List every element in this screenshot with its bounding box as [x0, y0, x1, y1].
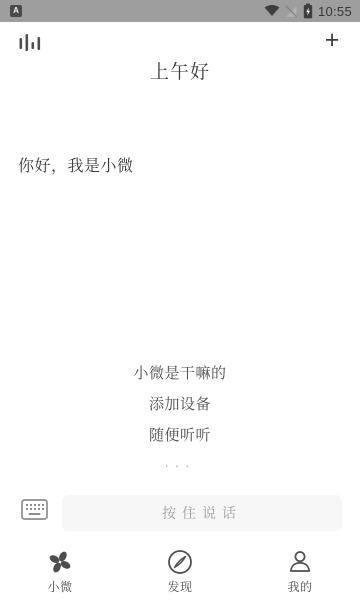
- suggestion-more[interactable]: ···: [165, 459, 196, 473]
- tab-mine[interactable]: 我的: [240, 544, 360, 600]
- suggestion-list: 小微是干嘛的 添加设备 随便听听 ···: [0, 364, 360, 473]
- add-button[interactable]: +: [318, 26, 346, 54]
- tab-discover[interactable]: 发现: [120, 544, 240, 600]
- tab-xiaowei[interactable]: 小微: [0, 544, 120, 600]
- battery-charging-icon: [303, 3, 313, 19]
- wifi-icon: [264, 5, 280, 17]
- app-notification-icon: A: [10, 5, 22, 17]
- hold-to-talk-button[interactable]: 按住说话: [62, 495, 342, 531]
- tab-bar: 小微 发现 我的: [0, 544, 360, 600]
- compass-icon: [166, 548, 194, 576]
- pinwheel-icon: [46, 548, 74, 576]
- suggestion-item[interactable]: 小微是干嘛的: [133, 364, 226, 383]
- status-time: 10:55: [318, 4, 352, 19]
- tab-label: 小微: [47, 578, 72, 595]
- status-bar: A 10:55: [0, 0, 360, 22]
- suggestion-item[interactable]: 随便听听: [149, 426, 211, 445]
- input-bar: 按住说话: [0, 495, 360, 531]
- no-sim-icon: [285, 5, 298, 18]
- audio-bars-icon[interactable]: [17, 31, 41, 55]
- person-icon: [286, 548, 314, 576]
- tab-label: 发现: [167, 578, 192, 595]
- keyboard-icon[interactable]: [21, 499, 48, 521]
- xiaowei-app-screen: A 10:55: [0, 0, 360, 600]
- suggestion-item[interactable]: 添加设备: [149, 395, 211, 414]
- assistant-message: 你好，我是小微: [18, 153, 134, 176]
- tab-label: 我的: [287, 578, 312, 595]
- page-title: 上午好: [0, 57, 360, 84]
